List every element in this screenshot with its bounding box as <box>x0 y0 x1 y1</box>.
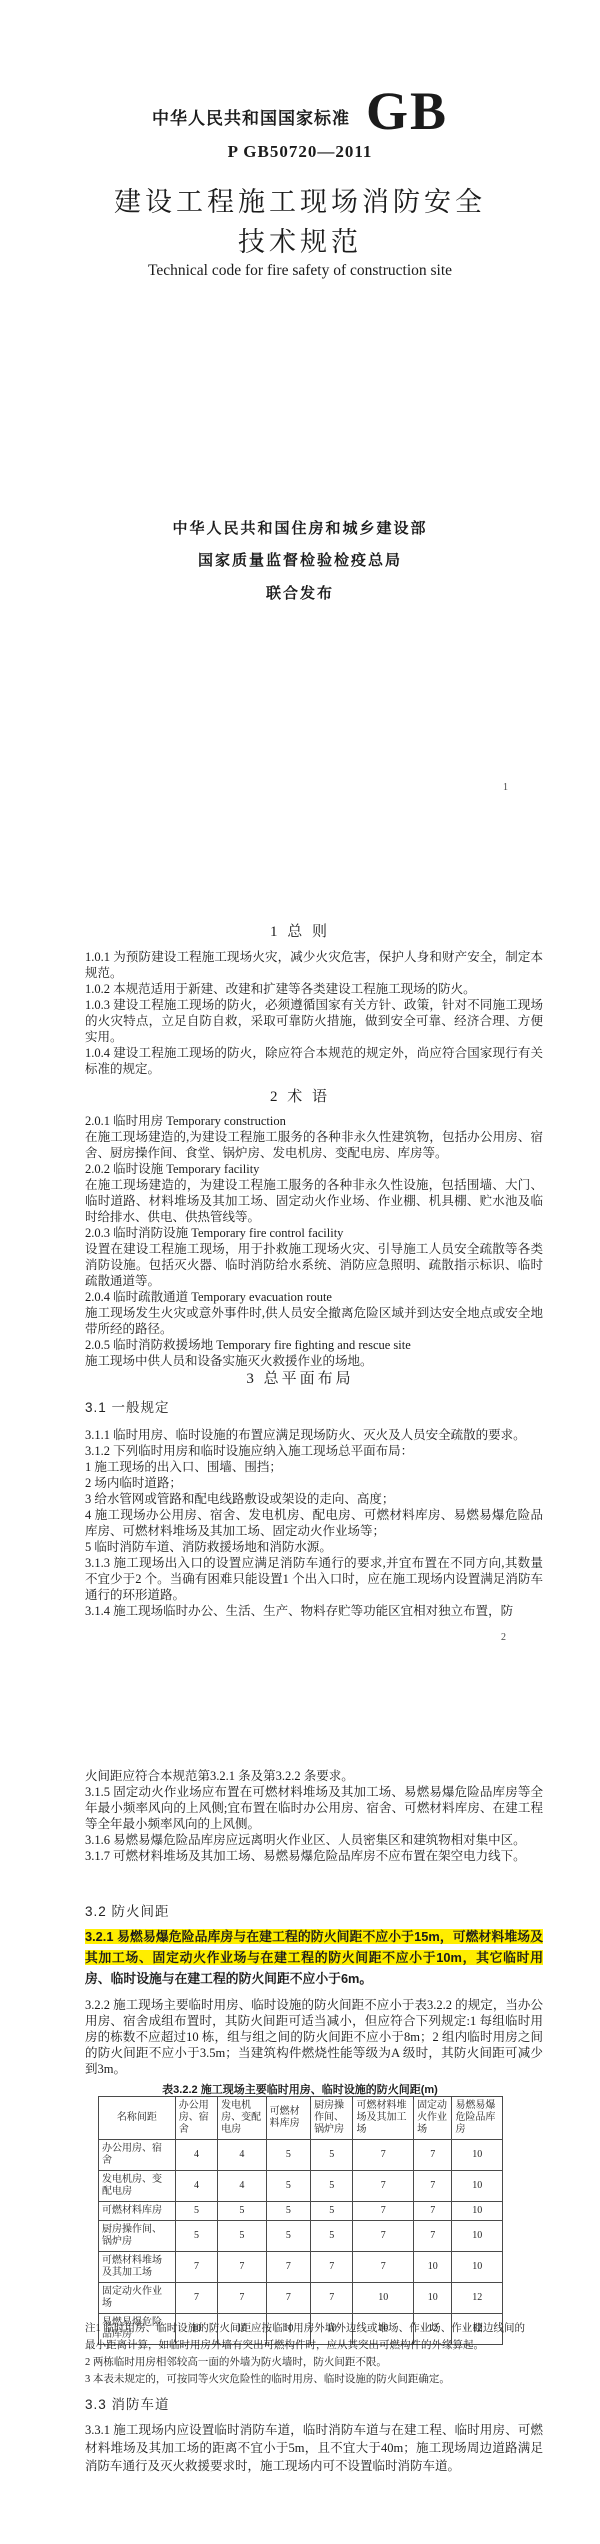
standard-label: 中华人民共和国国家标准 <box>152 104 350 138</box>
table-value-cell: 7 <box>218 2283 266 2314</box>
table-note: 2 两栋临时用房相邻较高一面的外墙为防火墙时，防火间距不限。 <box>85 2354 525 2371</box>
table-value-cell: 10 <box>353 2283 414 2314</box>
term-2-0-5: 2.0.5 临时消防救援场地 Temporary fire fighting a… <box>85 1337 543 1353</box>
clause-3-1-4-cont: 火间距应符合本规范第3.2.1 条及第3.2.2 条要求。 <box>85 1768 543 1784</box>
table-value-cell: 7 <box>414 2221 452 2252</box>
table-caption: 表3.2.2 施工现场主要临时用房、临时设施的防火间距(m) <box>0 2081 600 2097</box>
section-3-2-heading: 3.2 防火间距 <box>85 1900 543 1920</box>
table-value-cell: 5 <box>218 2221 266 2252</box>
clause-3-1-1: 3.1.1 临时用房、临时设施的布置应满足现场防火、灭火及人员安全疏散的要求。 <box>85 1427 543 1443</box>
section-3-3-heading: 3.3 消防车道 <box>85 2393 543 2413</box>
table-row-label: 固定动火作业场 <box>99 2283 176 2314</box>
fire-separation-table: 名称间距办公用房、宿舍发电机房、变配电房可燃材料库房厨房操作间、锅炉房可燃材料堆… <box>98 2096 503 2345</box>
clause-3-1-2-item4: 4 施工现场办公用房、宿舍、发电机房、配电房、可燃材料库房、易燃易爆危险品库房、… <box>85 1507 543 1539</box>
term-2-0-1: 2.0.1 临时用房 Temporary construction <box>85 1113 543 1129</box>
section-3-1-body-cont: 火间距应符合本规范第3.2.1 条及第3.2.2 条要求。 3.1.5 固定动火… <box>85 1768 543 1864</box>
issuer-3: 联合发布 <box>0 582 600 603</box>
clause-1-0-4: 1.0.4 建设工程施工现场的防火，除应符合本规范的规定外，尚应符合国家现行有关… <box>85 1045 543 1077</box>
table-value-cell: 4 <box>175 2140 217 2171</box>
table-value-cell: 10 <box>414 2283 452 2314</box>
section-3-1-body: 3.1.1 临时用房、临时设施的布置应满足现场防火、灭火及人员安全疏散的要求。 … <box>85 1427 543 1619</box>
chapter-2-heading: 2 术 语 <box>0 1085 600 1106</box>
page-number-2: 2 <box>501 1632 506 1643</box>
table-row-label: 可燃材料堆场及其加工场 <box>99 2252 176 2283</box>
document-page: 中华人民共和国国家标准 GB P GB50720—2011 建设工程施工现场消防… <box>0 0 600 2544</box>
term-2-0-1-def: 在施工现场建造的,为建设工程施工服务的各种非永久性建筑物，包括办公用房、宿舍、厨… <box>85 1129 543 1161</box>
table-col-header: 易燃易爆危险品库房 <box>452 2097 503 2140</box>
table-row-label: 可燃材料库房 <box>99 2202 176 2221</box>
table-value-cell: 7 <box>311 2252 353 2283</box>
section-3-1-heading: 3.1 一般规定 <box>85 1396 543 1416</box>
standard-number: P GB50720—2011 <box>0 142 600 162</box>
clause-3-2-1-highlight: 3.2.1 易燃易爆危险品库房与在建工程的防火间距不应小于15m，可燃材料堆场及… <box>85 1929 543 1965</box>
table-row: 可燃材料堆场及其加工场777771010 <box>99 2252 503 2283</box>
clause-3-1-2-item5: 5 临时消防车道、消防救援场地和消防水源。 <box>85 1539 543 1555</box>
table-row: 厨房操作间、锅炉房55557710 <box>99 2221 503 2252</box>
table-value-cell: 7 <box>218 2252 266 2283</box>
title-cn-line2: 技术规范 <box>0 220 600 259</box>
chapter-1-heading: 1 总 则 <box>0 920 600 941</box>
term-2-0-4: 2.0.4 临时疏散通道 Temporary evacuation route <box>85 1289 543 1305</box>
clause-3-1-3: 3.1.3 施工现场出入口的设置应满足消防车通行的要求,并宜布置在不同方向,其数… <box>85 1555 543 1603</box>
cover-header: 中华人民共和国国家标准 GB <box>0 84 600 138</box>
table-row: 发电机房、变配电房44557710 <box>99 2171 503 2202</box>
page-number-1: 1 <box>503 782 508 793</box>
table-note: 注1 临时用房、临时设施的防火间距应按临时用房外墙外边线或堆场、作业场、作业棚边… <box>85 2320 525 2354</box>
table-value-cell: 12 <box>452 2283 503 2314</box>
table-col-header: 厨房操作间、锅炉房 <box>311 2097 353 2140</box>
table-value-cell: 7 <box>353 2202 414 2221</box>
table-value-cell: 7 <box>353 2140 414 2171</box>
term-2-0-2-def: 在施工现场建造的，为建设工程施工服务的各种非永久性设施，包括围墙、大门、临时道路… <box>85 1177 543 1225</box>
table-value-cell: 7 <box>175 2283 217 2314</box>
chapter-2-body: 2.0.1 临时用房 Temporary construction 在施工现场建… <box>85 1113 543 1369</box>
table-value-cell: 10 <box>452 2221 503 2252</box>
issuer-1: 中华人民共和国住房和城乡建设部 <box>0 517 600 538</box>
chapter-3-heading: 3 总平面布局 <box>0 1367 600 1388</box>
table-value-cell: 5 <box>266 2202 310 2221</box>
clause-3-1-2-item3: 3 给水管网或管路和配电线路敷设或架设的走向、高度； <box>85 1491 543 1507</box>
clause-3-2-1-rest: 房、临时设施与在建工程的防火间距不应小于6m。 <box>85 1971 372 1986</box>
table-value-cell: 7 <box>175 2252 217 2283</box>
table-value-cell: 5 <box>266 2221 310 2252</box>
table-value-cell: 5 <box>266 2171 310 2202</box>
table-row-label: 办公用房、宿舍 <box>99 2140 176 2171</box>
clause-3-1-5: 3.1.5 固定动火作业场应布置在可燃材料堆场及其加工场、易燃易爆危险品库房等全… <box>85 1784 543 1832</box>
table-value-cell: 5 <box>175 2221 217 2252</box>
table-col-header: 发电机房、变配电房 <box>218 2097 266 2140</box>
gb-mark: GB <box>366 84 448 138</box>
table-value-cell: 7 <box>414 2171 452 2202</box>
table-value-cell: 7 <box>414 2202 452 2221</box>
term-2-0-3-def: 设置在建设工程施工现场，用于扑救施工现场火灾、引导施工人员安全疏散等各类消防设施… <box>85 1241 543 1289</box>
table-value-cell: 5 <box>266 2140 310 2171</box>
table-value-cell: 10 <box>414 2252 452 2283</box>
table-value-cell: 7 <box>311 2283 353 2314</box>
term-2-0-4-def: 施工现场发生火灾或意外事件时,供人员安全撤离危险区域并到达安全地点或安全地带所经… <box>85 1305 543 1337</box>
clause-3-3-1: 3.3.1 施工现场内应设置临时消防车道，临时消防车道与在建工程、临时用房、可燃… <box>85 2421 543 2475</box>
table-row: 固定动火作业场7777101012 <box>99 2283 503 2314</box>
table-value-cell: 10 <box>452 2202 503 2221</box>
table-value-cell: 7 <box>353 2252 414 2283</box>
table-value-cell: 7 <box>353 2171 414 2202</box>
table-value-cell: 7 <box>414 2140 452 2171</box>
table-value-cell: 5 <box>218 2202 266 2221</box>
table-value-cell: 10 <box>452 2140 503 2171</box>
issuer-2: 国家质量监督检验检疫总局 <box>0 549 600 570</box>
clause-3-2-2: 3.2.2 施工现场主要临时用房、临时设施的防火间距不应小于表3.2.2 的规定… <box>85 1997 543 2077</box>
table-row: 办公用房、宿舍44557710 <box>99 2140 503 2171</box>
table-value-cell: 10 <box>452 2171 503 2202</box>
table-value-cell: 5 <box>175 2202 217 2221</box>
table-value-cell: 5 <box>311 2202 353 2221</box>
table-value-cell: 7 <box>353 2221 414 2252</box>
clause-1-0-3: 1.0.3 建设工程施工现场的防火，必须遵循国家有关方针、政策，针对不同施工现场… <box>85 997 543 1045</box>
clause-3-1-4: 3.1.4 施工现场临时办公、生活、生产、物料存贮等功能区宜相对独立布置，防 <box>85 1603 543 1619</box>
table-value-cell: 5 <box>311 2140 353 2171</box>
table-value-cell: 5 <box>311 2171 353 2202</box>
table-value-cell: 4 <box>218 2171 266 2202</box>
chapter-1-body: 1.0.1 为预防建设工程施工现场火灾，减少火灾危害，保护人身和财产安全，制定本… <box>85 949 543 1077</box>
table-value-cell: 10 <box>452 2252 503 2283</box>
table-notes: 注1 临时用房、临时设施的防火间距应按临时用房外墙外边线或堆场、作业场、作业棚边… <box>85 2320 525 2388</box>
clause-1-0-2: 1.0.2 本规范适用于新建、改建和扩建等各类建设工程施工现场的防火。 <box>85 981 543 997</box>
clause-3-1-6: 3.1.6 易燃易爆危险品库房应远离明火作业区、人员密集区和建筑物相对集中区。 <box>85 1832 543 1848</box>
title-cn-line1: 建设工程施工现场消防安全 <box>0 180 600 219</box>
table-value-cell: 5 <box>311 2221 353 2252</box>
clause-1-0-1: 1.0.1 为预防建设工程施工现场火灾，减少火灾危害，保护人身和财产安全，制定本… <box>85 949 543 981</box>
table-value-cell: 7 <box>266 2283 310 2314</box>
clause-3-1-2-item2: 2 场内临时道路； <box>85 1475 543 1491</box>
table-value-cell: 4 <box>218 2140 266 2171</box>
table-col-header: 可燃材料堆场及其加工场 <box>353 2097 414 2140</box>
clause-3-1-2-item1: 1 施工现场的出入口、围墙、围挡； <box>85 1459 543 1475</box>
table-col-header: 可燃材料库房 <box>266 2097 310 2140</box>
table-row: 可燃材料库房55557710 <box>99 2202 503 2221</box>
table-note: 3 本表未规定的，可按同等火灾危险性的临时用房、临时设施的防火间距确定。 <box>85 2371 525 2388</box>
table-value-cell: 7 <box>266 2252 310 2283</box>
clause-3-1-7: 3.1.7 可燃材料堆场及其加工场、易燃易爆危险品库房不应布置在架空电力线下。 <box>85 1848 543 1864</box>
clause-3-1-2: 3.1.2 下列临时用房和临时设施应纳入施工现场总平面布局： <box>85 1443 543 1459</box>
term-2-0-3: 2.0.3 临时消防设施 Temporary fire control faci… <box>85 1225 543 1241</box>
table-col-header: 固定动火作业场 <box>414 2097 452 2140</box>
table-row-label: 厨房操作间、锅炉房 <box>99 2221 176 2252</box>
table-value-cell: 4 <box>175 2171 217 2202</box>
table-col-header: 办公用房、宿舍 <box>175 2097 217 2140</box>
clause-3-2-1: 3.2.1 易燃易爆危险品库房与在建工程的防火间距不应小于15m，可燃材料堆场及… <box>85 1926 543 1989</box>
table-corner-cell: 名称间距 <box>99 2097 176 2140</box>
term-2-0-2: 2.0.2 临时设施 Temporary facility <box>85 1161 543 1177</box>
title-en: Technical code for fire safety of constr… <box>0 262 600 280</box>
table-row-label: 发电机房、变配电房 <box>99 2171 176 2202</box>
table-header-row: 名称间距办公用房、宿舍发电机房、变配电房可燃材料库房厨房操作间、锅炉房可燃材料堆… <box>99 2097 503 2140</box>
